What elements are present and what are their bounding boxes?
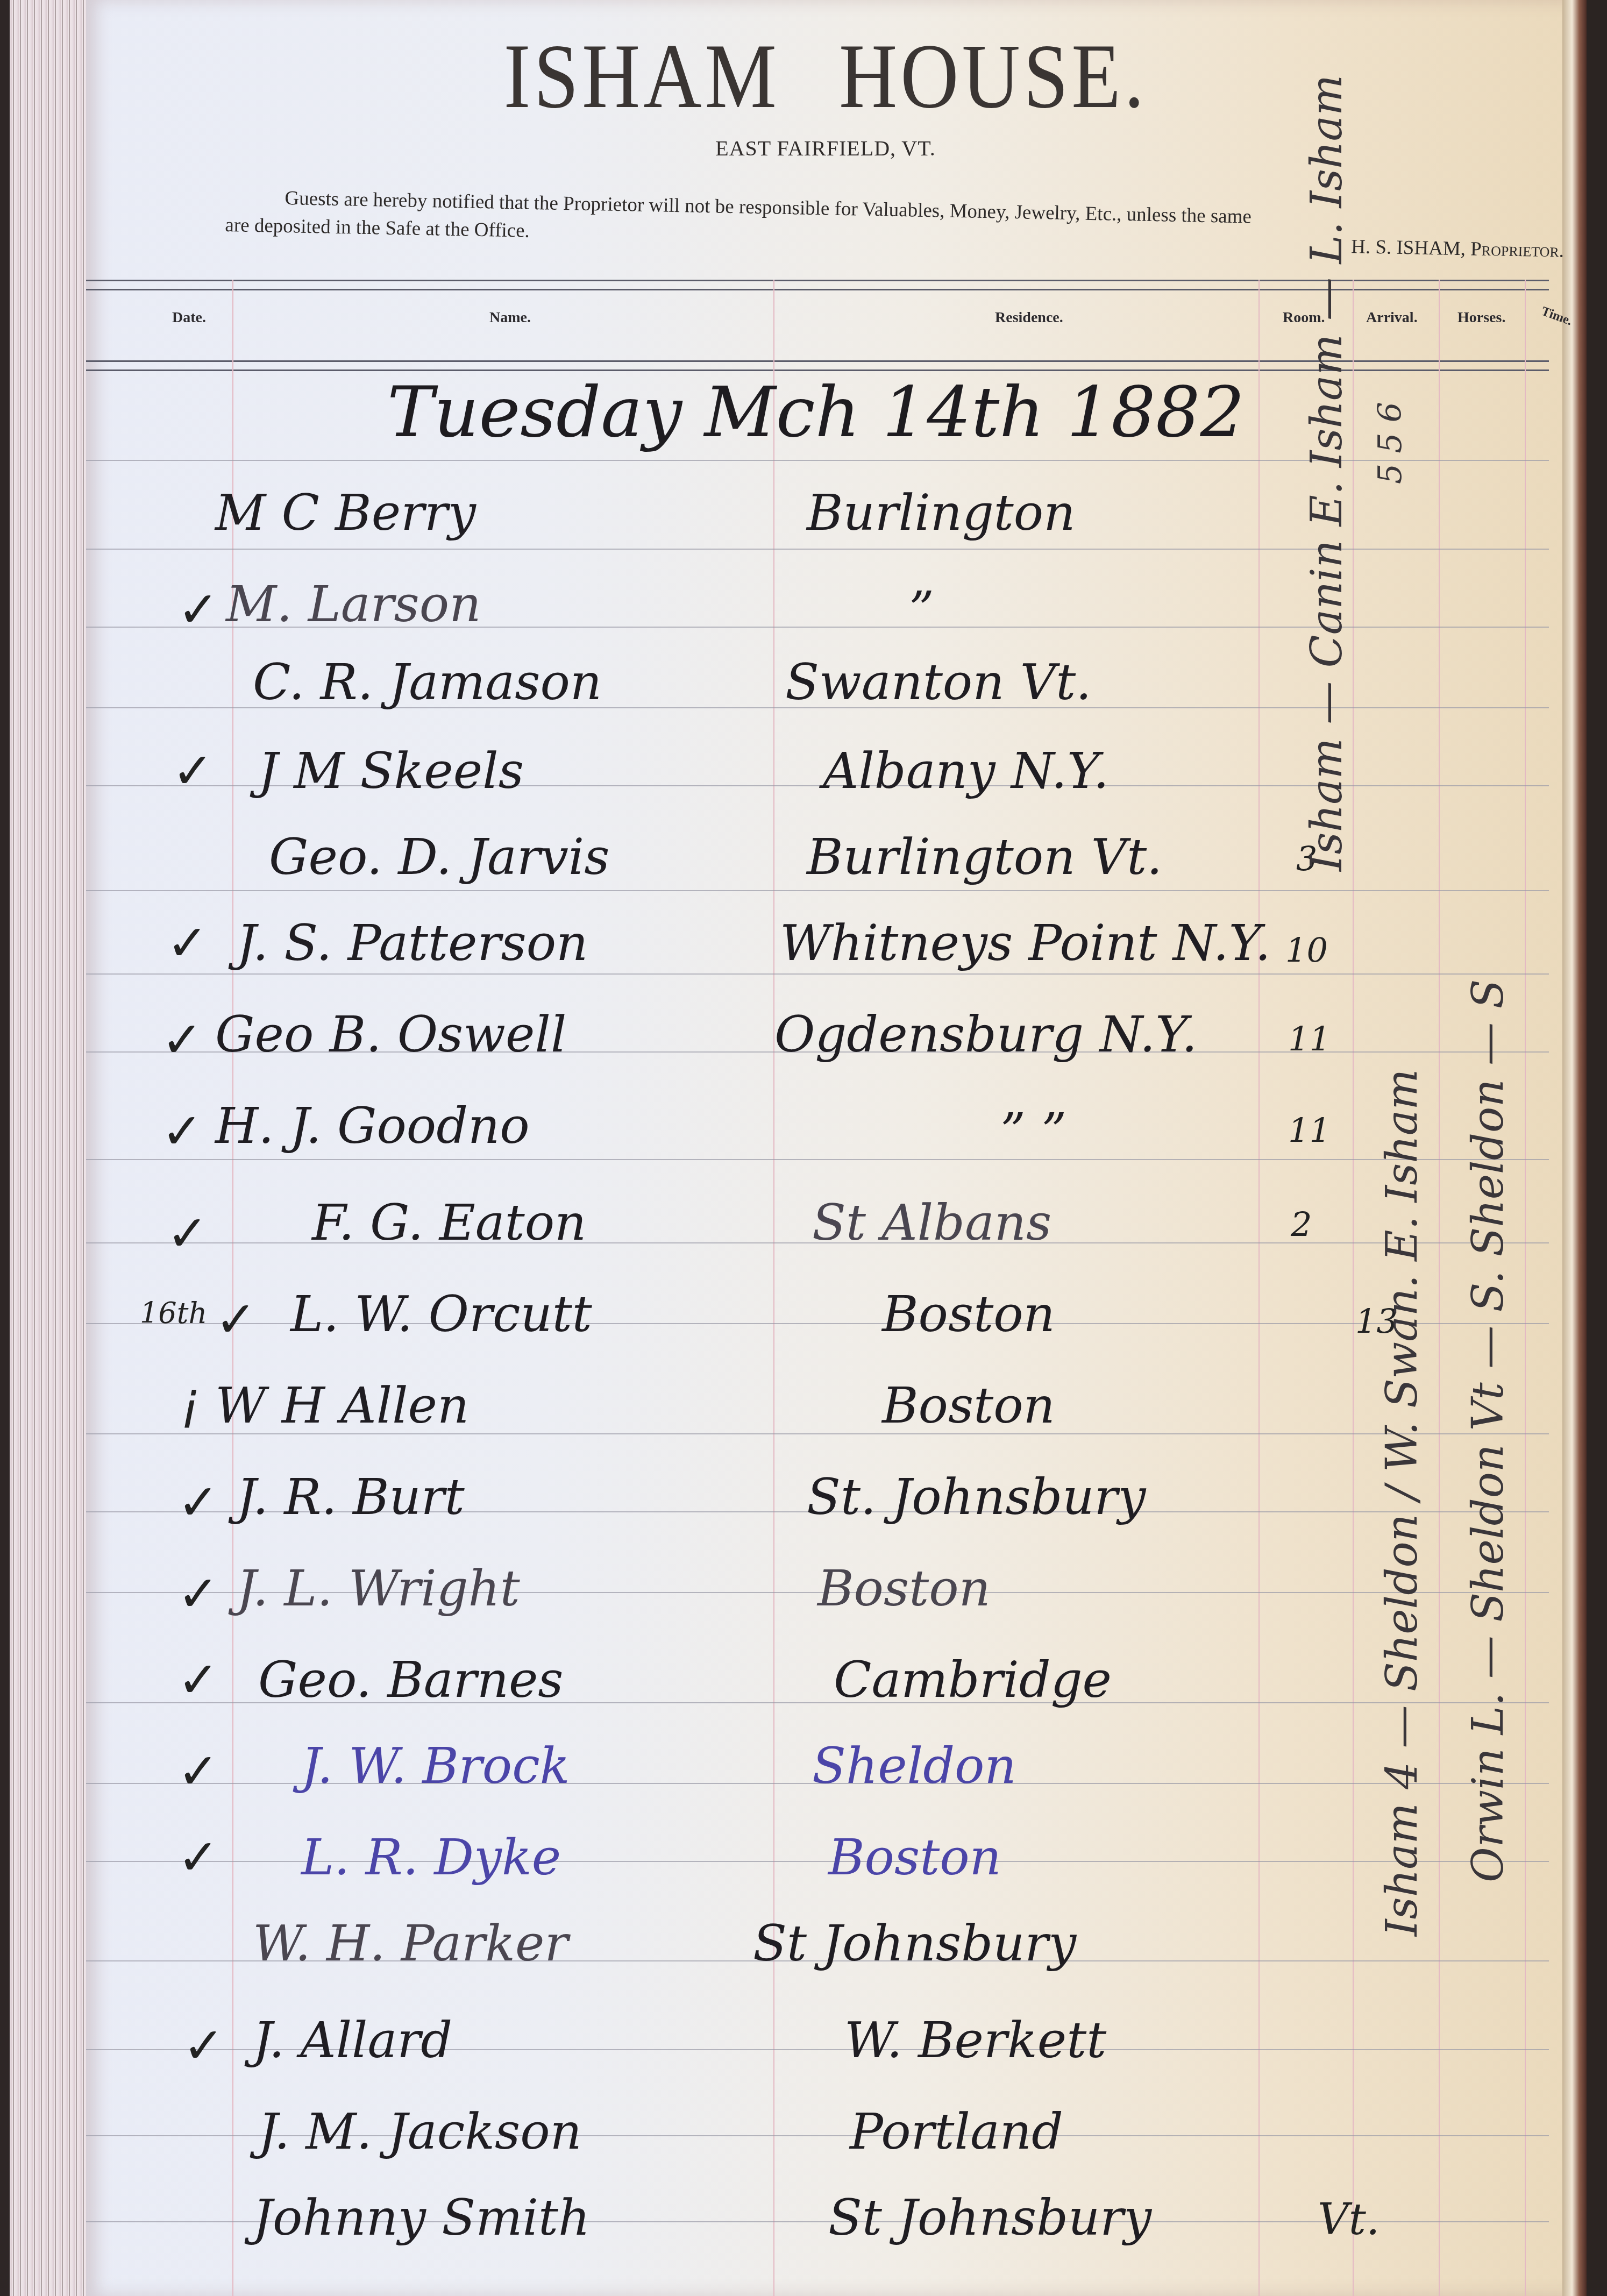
guest-name: Geo. D. Jarvis <box>269 828 610 886</box>
checkmark-icon: ✓ <box>177 1651 219 1709</box>
book-page-edges <box>0 0 89 2296</box>
checkmark-icon: ✓ <box>183 2017 224 2074</box>
column-header-residence: Residence. <box>995 309 1063 326</box>
date-heading: Tuesday Mch 14th 1882 <box>387 371 1245 453</box>
notice-line-2: are deposited in the Safe at the Office. <box>225 211 530 245</box>
date-margin-note: 16th <box>140 1296 207 1330</box>
checkmark-icon: ✓ <box>215 1291 257 1348</box>
guest-name: Geo. Barnes <box>258 1651 564 1709</box>
guest-name: J. S. Patterson <box>237 914 588 972</box>
guest-residence: Boston <box>882 1377 1055 1434</box>
guest-name: M. Larson <box>226 575 481 633</box>
room-number: 11 <box>1288 1019 1331 1058</box>
checkmark-icon: ✓ <box>177 1829 219 1886</box>
guest-residence: Boston <box>828 1829 1001 1886</box>
time-margin-note: Orwin L. — Sheldon Vt — S. Sheldon — S <box>1463 979 1513 1882</box>
column-divider-name <box>773 280 774 2296</box>
proprietor-title: Proprietor. <box>1470 238 1565 261</box>
checkmark-icon: ✓ <box>177 1743 219 1800</box>
guest-residence: Burlington <box>807 484 1075 542</box>
guest-residence: St Johnsbury <box>828 2189 1151 2247</box>
horses-margin-note: Isham 4 — Sheldon / W. Swan. E. Isham <box>1377 1069 1427 1936</box>
column-divider-room <box>1353 280 1354 2296</box>
column-divider-residence <box>1258 280 1260 2296</box>
guest-residence: Boston <box>882 1285 1055 1343</box>
checkmark-icon: ✓ <box>167 914 208 972</box>
proprietor-signature: H. S. ISHAM, Proprietor. <box>1351 233 1565 265</box>
guest-name: Geo B. Oswell <box>215 1006 566 1063</box>
guest-name: J. M. Jackson <box>258 2103 582 2160</box>
guest-name: H. J. Goodno <box>215 1097 530 1155</box>
guest-name: F. G. Eaton <box>312 1194 586 1252</box>
book-binding <box>1562 0 1587 2296</box>
guest-residence: Sheldon <box>812 1737 1016 1795</box>
guest-residence: St Albans <box>812 1194 1051 1252</box>
guest-residence: ” ” <box>1000 1103 1066 1160</box>
guest-name: J. R. Burt <box>237 1468 465 1526</box>
guest-name: J. W. Brock <box>301 1737 570 1795</box>
arrival-margin-note: Isham — Canin E. Isham — L. Isham <box>1302 75 1352 871</box>
guest-name: W. H. Parker <box>253 1915 568 1972</box>
checkmark-icon: ✓ <box>161 1011 203 1069</box>
guest-name: M C Berry <box>215 484 476 542</box>
checkmark-icon: ✓ <box>167 1205 208 1262</box>
ruled-line <box>86 890 1549 891</box>
column-divider-horses <box>1525 280 1526 2296</box>
ruled-line <box>86 973 1549 975</box>
room-number: 10 <box>1285 930 1328 970</box>
guest-residence: Ogdensburg N.Y. <box>774 1006 1197 1063</box>
hotel-name-second: HOUSE. <box>839 25 1148 127</box>
column-header-name: Name. <box>489 309 531 326</box>
ruled-line <box>86 1159 1549 1160</box>
checkmark-icon: ✓ <box>172 742 214 800</box>
guest-residence: Boston <box>817 1560 991 1617</box>
guest-name: Johnny Smith <box>253 2189 590 2247</box>
liability-notice: Guests are hereby notified that the Prop… <box>198 183 1607 266</box>
room-number: Vt. <box>1318 2194 1380 2244</box>
guest-name: J. Allard <box>253 2011 452 2069</box>
column-header-arrival: Arrival. <box>1366 309 1418 326</box>
guest-name: C. R. Jamason <box>253 653 602 711</box>
guest-residence: St Johnsbury <box>753 1915 1076 1972</box>
checkmark-icon: ✓ <box>161 1103 203 1160</box>
column-header-horses: Horses. <box>1457 309 1505 326</box>
checkmark-icon: ✓ <box>177 1565 219 1623</box>
guest-residence: Swanton Vt. <box>785 653 1091 711</box>
guest-name: L. W. Orcutt <box>290 1285 592 1343</box>
guest-residence: St. Johnsbury <box>807 1468 1146 1526</box>
proprietor-name: H. S. ISHAM, <box>1351 236 1466 260</box>
room-number: 11 <box>1288 1111 1331 1150</box>
guest-residence: Portland <box>850 2103 1063 2160</box>
guest-residence: Albany N.Y. <box>823 742 1109 800</box>
checkmark-icon: i <box>183 1382 197 1440</box>
hotel-name-first: ISHAM <box>504 25 780 127</box>
column-header-date: Date. <box>172 309 206 326</box>
column-divider-arrival <box>1439 280 1440 2296</box>
room-number: 2 <box>1291 1205 1312 1244</box>
guest-name: J M Skeels <box>258 742 524 800</box>
checkmark-icon: ✓ <box>177 581 219 638</box>
guest-residence: Whitneys Point N.Y. <box>780 914 1271 972</box>
guest-name: J. L. Wright <box>237 1560 520 1617</box>
guest-name: W H Allen <box>215 1377 469 1434</box>
guest-residence: ” <box>909 581 934 638</box>
guest-name: L. R. Dyke <box>301 1829 561 1886</box>
horses-numbers: 5 5 6 <box>1371 402 1409 484</box>
guest-residence: Cambridge <box>834 1651 1112 1709</box>
checkmark-icon: ✓ <box>177 1474 219 1531</box>
guest-residence: Burlington Vt. <box>807 828 1162 886</box>
guest-residence: W. Berkett <box>844 2011 1106 2069</box>
